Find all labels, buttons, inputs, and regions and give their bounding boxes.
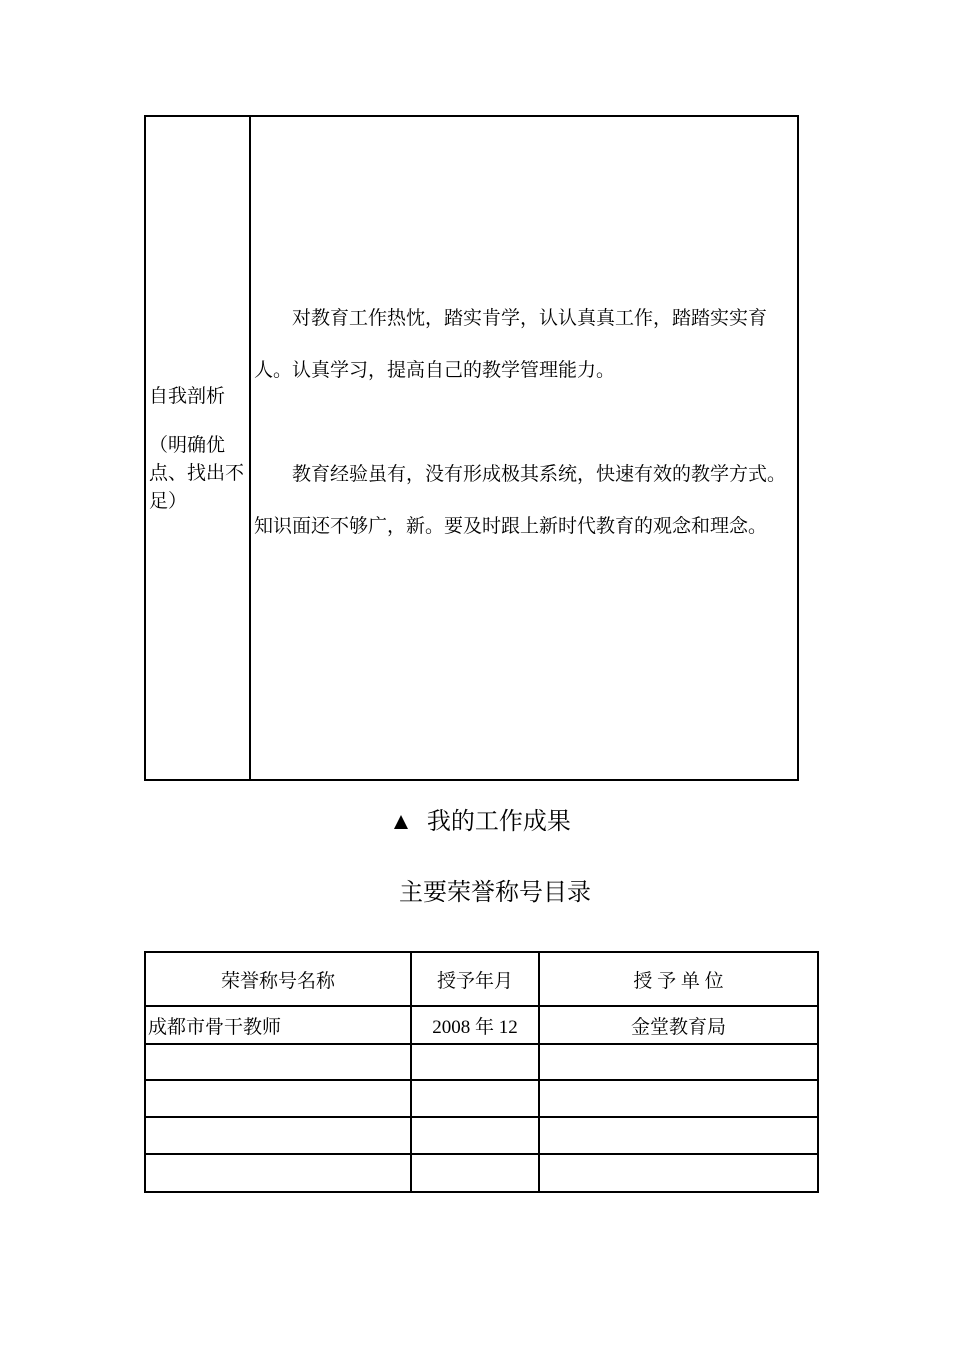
table-cell-award-unit xyxy=(539,1154,818,1192)
table-cell-award-date xyxy=(411,1044,539,1080)
table-row xyxy=(145,1154,818,1192)
header-award-unit: 授 予 单 位 xyxy=(539,952,818,1006)
table-row xyxy=(145,1044,818,1080)
subsection-heading: 主要荣誉称号目录 xyxy=(15,876,960,910)
table-cell-award-date: 2008 年 12 xyxy=(411,1006,539,1044)
self-analysis-title: 自我剖析 xyxy=(149,383,247,411)
table-row: 成都市骨干教师 2008 年 12 金堂教育局 xyxy=(145,1006,818,1044)
table-row xyxy=(145,1080,818,1117)
subsection-heading-text: 主要荣誉称号目录 xyxy=(399,880,591,906)
header-award-date: 授予年月 xyxy=(411,952,539,1006)
self-analysis-table: 自我剖析 （明确优 点、找出不 足） 对教育工作热忱，踏实肯学，认认真真工作，踏… xyxy=(144,115,799,781)
table-cell-honor-name xyxy=(145,1080,411,1117)
section-heading-text: 我的工作成果 xyxy=(427,809,571,835)
honors-header-row: 荣誉称号名称 授予年月 授 予 单 位 xyxy=(145,952,818,1006)
strengths-paragraph: 对教育工作热忱，踏实肯学，认认真真工作，踏踏实实育 人。认真学习，提高自己的教学… xyxy=(254,293,794,397)
table-cell-honor-name xyxy=(145,1044,411,1080)
table-cell-honor-name xyxy=(145,1117,411,1154)
table-cell-award-unit: 金堂教育局 xyxy=(539,1006,818,1044)
table-cell-award-unit xyxy=(539,1044,818,1080)
honors-table: 荣誉称号名称 授予年月 授 予 单 位 成都市骨干教师 2008 年 12 金堂… xyxy=(144,951,819,1193)
table-cell-award-date xyxy=(411,1080,539,1117)
section-heading: ▲我的工作成果 xyxy=(0,805,960,839)
table-cell-award-date xyxy=(411,1117,539,1154)
weaknesses-paragraph: 教育经验虽有，没有形成极其系统，快速有效的教学方式。 知识面还不够广，新。要及时… xyxy=(254,449,794,553)
self-analysis-label-cell: 自我剖析 （明确优 点、找出不 足） xyxy=(146,117,251,779)
self-analysis-content-cell: 对教育工作热忱，踏实肯学，认认真真工作，踏踏实实育 人。认真学习，提高自己的教学… xyxy=(251,117,797,779)
table-cell-honor-name xyxy=(145,1154,411,1192)
header-honor-name: 荣誉称号名称 xyxy=(145,952,411,1006)
document-page: 自我剖析 （明确优 点、找出不 足） 对教育工作热忱，踏实肯学，认认真真工作，踏… xyxy=(0,0,960,1357)
table-cell-award-date xyxy=(411,1154,539,1192)
table-row xyxy=(145,1117,818,1154)
triangle-icon: ▲ xyxy=(389,809,413,835)
table-cell-honor-name: 成都市骨干教师 xyxy=(145,1006,411,1044)
table-cell-award-unit xyxy=(539,1080,818,1117)
self-analysis-note: （明确优 点、找出不 足） xyxy=(149,432,247,516)
table-cell-award-unit xyxy=(539,1117,818,1154)
